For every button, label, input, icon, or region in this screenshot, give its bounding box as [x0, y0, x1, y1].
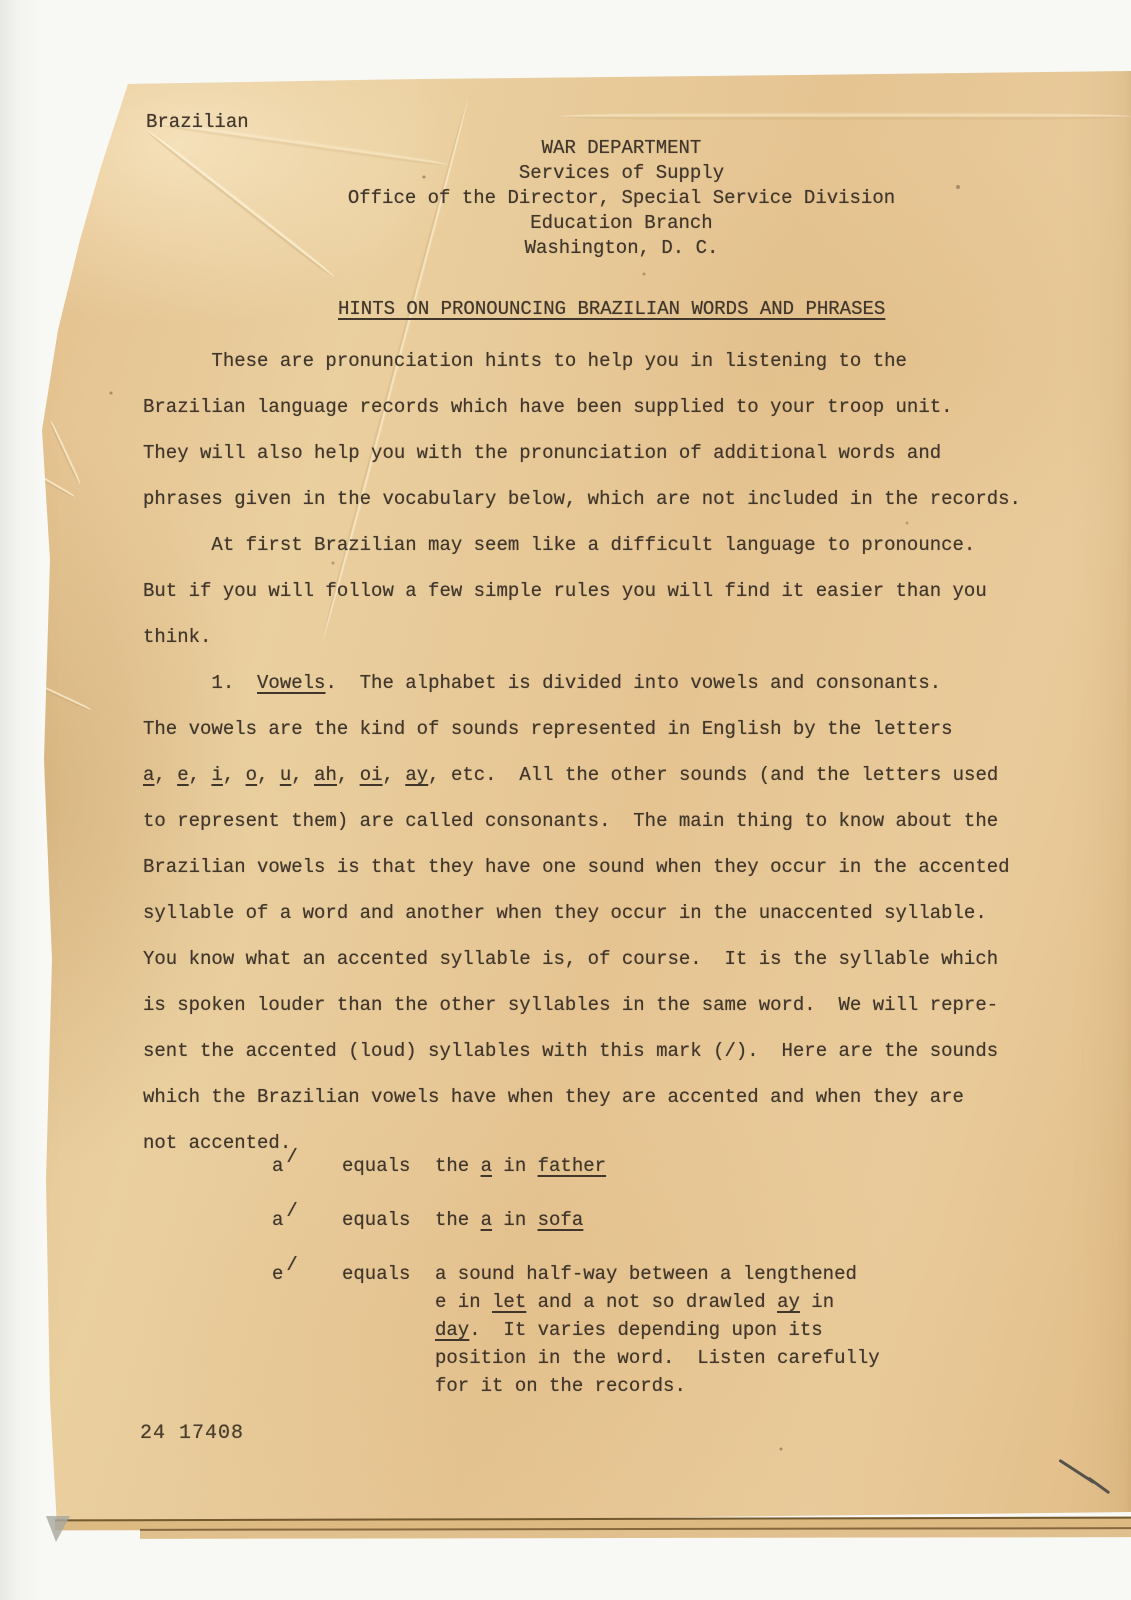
paper-crease: [30, 470, 76, 499]
letterhead-line: Education Branch: [112, 211, 1131, 236]
text-line: to represent them) are called consonants…: [143, 798, 1073, 844]
equals-label: equals: [342, 1152, 435, 1180]
ink-specks: [0, 0, 2, 2]
text-line: is spoken louder than the other syllable…: [143, 982, 1073, 1028]
text-line: The vowels are the kind of sounds repres…: [143, 706, 1073, 752]
accent-mark: /: [286, 1197, 297, 1225]
table-row: a/equalsthe a in father: [272, 1152, 880, 1180]
text-line: But if you will follow a few simple rule…: [143, 568, 1073, 614]
text-line: phrases given in the vocabulary below, w…: [143, 476, 1073, 522]
accent-mark: /: [286, 1143, 297, 1171]
text-line: think.: [143, 614, 1073, 660]
text-line: sent the accented (loud) syllables with …: [143, 1028, 1073, 1074]
text-line: syllable of a word and another when they…: [143, 890, 1073, 936]
text-line: They will also help you with the pronunc…: [143, 430, 1073, 476]
letterhead: WAR DEPARTMENTServices of SupplyOffice o…: [0, 136, 1131, 261]
document-title: HINTS ON PRONOUNCING BRAZILIAN WORDS AND…: [338, 298, 885, 320]
paper-crease: [36, 683, 92, 713]
letterhead-line: Washington, D. C.: [112, 236, 1131, 261]
body-text: These are pronunciation hints to help yo…: [143, 338, 1073, 1166]
pronunciation-table: a/equalsthe a in fathera/equalsthe a in …: [272, 1152, 880, 1426]
corner-label: Brazilian: [146, 110, 249, 134]
equals-label: equals: [342, 1260, 435, 1288]
table-row: e/equalsa sound half-way between a lengt…: [272, 1260, 880, 1400]
description-line: a sound half-way between a lengthened: [435, 1260, 880, 1288]
description-line: the a in sofa: [435, 1206, 583, 1234]
table-row: a/equalsthe a in sofa: [272, 1206, 880, 1234]
vowel-symbol: a/: [272, 1152, 342, 1180]
document-title-text: HINTS ON PRONOUNCING BRAZILIAN WORDS AND…: [338, 298, 885, 320]
text-line: These are pronunciation hints to help yo…: [143, 338, 1073, 384]
text-line: a, e, i, o, u, ah, oi, ay, etc. All the …: [143, 752, 1073, 798]
description-line: the a in father: [435, 1152, 606, 1180]
letterhead-line: Services of Supply: [112, 161, 1131, 186]
paper-corner-tear: [46, 1516, 70, 1542]
vowel-description: the a in sofa: [435, 1206, 583, 1234]
vowel-description: the a in father: [435, 1152, 606, 1180]
letterhead-line: Office of the Director, Special Service …: [112, 186, 1131, 211]
description-line: position in the word. Listen carefully: [435, 1344, 880, 1372]
equals-label: equals: [342, 1206, 435, 1234]
stamp-number: 24 17408: [140, 1422, 244, 1445]
text-line: 1. Vowels. The alphabet is divided into …: [143, 660, 1073, 706]
document-page: Brazilian WAR DEPARTMENTServices of Supp…: [0, 0, 1131, 1600]
pen-mark: [1056, 1460, 1126, 1500]
accent-mark: /: [286, 1251, 297, 1279]
vowel-symbol: a/: [272, 1206, 342, 1234]
vowel-description: a sound half-way between a lengthenede i…: [435, 1260, 880, 1400]
description-line: day. It varies depending upon its: [435, 1316, 880, 1344]
paper-crease: [48, 420, 82, 486]
letterhead-line: WAR DEPARTMENT: [112, 136, 1131, 161]
pen-stroke: [1088, 1477, 1111, 1494]
text-line: Brazilian vowels is that they have one s…: [143, 844, 1073, 890]
description-line: e in let and a not so drawled ay in: [435, 1288, 880, 1316]
vowel-symbol: e/: [272, 1260, 342, 1288]
paper-tear: [56, 248, 72, 299]
paper-crease: [560, 112, 1131, 121]
text-line: You know what an accented syllable is, o…: [143, 936, 1073, 982]
text-line: which the Brazilian vowels have when the…: [143, 1074, 1073, 1120]
description-line: for it on the records.: [435, 1372, 880, 1400]
sheet-edge: [140, 1527, 1131, 1539]
text-line: Brazilian language records which have be…: [143, 384, 1073, 430]
scanned-document: Brazilian WAR DEPARTMENTServices of Supp…: [0, 0, 1131, 1600]
text-line: At first Brazilian may seem like a diffi…: [143, 522, 1073, 568]
